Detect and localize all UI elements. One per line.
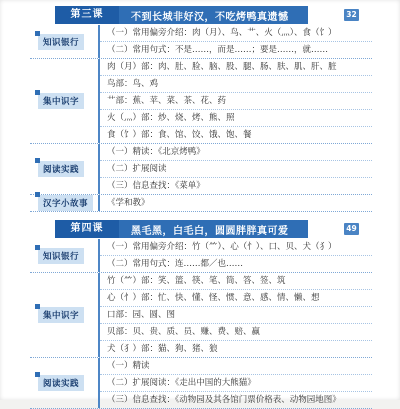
section-content-column: 肉（月）部：肉、肚、脸、脑、股、腿、肠、肤、肌、肝、脏鸟部：鸟、鸡艹部：蕉、苹、…	[98, 59, 372, 143]
lesson-header-bar: 第三课不到长城非好汉，不吃烤鸭真遗憾	[55, 6, 308, 24]
lesson-number-tab: 第三课	[55, 6, 119, 24]
section-row: 汉字小故事《学和教》	[30, 195, 372, 212]
lesson-header: 第三课不到长城非好汉，不吃烤鸭真遗憾32	[30, 6, 372, 24]
section-row: 阅读实践（一）精读：《北京烤鸭》（二）扩展阅读（三）信息查找：《菜单》	[30, 144, 372, 195]
section-content-column: （一）常用偏旁介绍：肉（月）、鸟、艹、火（灬）、食（饣）（二）常用句式：不是………	[98, 25, 372, 58]
lesson-header-bar: 第四课黑毛黑，白毛白，圆圆胖胖真可爱	[55, 220, 308, 238]
section-content-column: （一）精读（二）扩展阅读：《走出中国的大熊猫》（三）信息查找：《动物园及其各馆门…	[98, 358, 372, 400]
section-label-column: 集中识字	[30, 93, 98, 109]
section-label: 集中识字	[38, 307, 84, 323]
section-row: 集中识字竹（⺮）部：笑、篮、筷、笔、筒、答、签、筑心（忄）部：忙、快、懂、怪、惯…	[30, 273, 372, 358]
content-line: （一）常用偏旁介绍：竹（⺮）、心（忄）、口、贝、犬（犭）	[100, 239, 372, 255]
lesson-title: 黑毛黑，白毛白，圆圆胖胖真可爱	[119, 222, 308, 237]
content-line: （三）信息查找：《菜单》	[100, 177, 372, 194]
book-page: 第三课不到长城非好汉，不吃烤鸭真遗憾32知识银行（一）常用偏旁介绍：肉（月）、鸟…	[0, 0, 400, 400]
content-line: 贝部：贝、贵、质、员、赚、费、赔、赢	[100, 323, 372, 340]
content-line: 火（灬）部：炒、烧、烤、熊、照	[100, 109, 372, 126]
section-label-column: 阅读实践	[30, 161, 98, 177]
content-line: （一）常用偏旁介绍：肉（月）、鸟、艹、火（灬）、食（饣）	[100, 25, 372, 41]
content-line: 肉（月）部：肉、肚、脸、脑、股、腿、肠、肤、肌、肝、脏	[100, 59, 372, 75]
page-number-badge: 32	[344, 9, 359, 21]
section-label-column: 集中识字	[30, 307, 98, 323]
content-line: （二）常用句式：连……都／也……	[100, 255, 372, 272]
content-line: 鸟部：鸟、鸡	[100, 75, 372, 92]
content-line: 口部：园、圆、图	[100, 306, 372, 323]
section-label: 集中识字	[38, 93, 84, 109]
section-label: 阅读实践	[38, 161, 84, 177]
section-row: 知识银行（一）常用偏旁介绍：竹（⺮）、心（忄）、口、贝、犬（犭）（二）常用句式：…	[30, 239, 372, 273]
section-label-column: 阅读实践	[30, 375, 98, 391]
section-label-column: 汉字小故事	[30, 195, 98, 211]
lesson-block: 第三课不到长城非好汉，不吃烤鸭真遗憾32知识银行（一）常用偏旁介绍：肉（月）、鸟…	[30, 6, 372, 212]
lesson-header: 第四课黑毛黑，白毛白，圆圆胖胖真可爱49	[30, 220, 372, 238]
section-label: 知识银行	[38, 248, 84, 264]
section-label-column: 知识银行	[30, 34, 98, 50]
lesson-title: 不到长城非好汉，不吃烤鸭真遗憾	[119, 8, 308, 23]
content-line: （一）精读：《北京烤鸭》	[100, 144, 372, 160]
section-content-column: 《学和教》	[98, 195, 372, 211]
section-content-column: （一）精读：《北京烤鸭》（二）扩展阅读（三）信息查找：《菜单》	[98, 144, 372, 194]
lesson-number-tab: 第四课	[55, 220, 119, 238]
section-row: 知识银行（一）常用偏旁介绍：肉（月）、鸟、艹、火（灬）、食（饣）（二）常用句式：…	[30, 25, 372, 59]
content-line: 竹（⺮）部：笑、篮、筷、笔、筒、答、签、筑	[100, 273, 372, 289]
content-line: 食（饣）部：食、馆、饺、饿、饱、餐	[100, 126, 372, 143]
lesson-block: 第四课黑毛黑，白毛白，圆圆胖胖真可爱49知识银行（一）常用偏旁介绍：竹（⺮）、心…	[30, 220, 372, 400]
section-label: 知识银行	[38, 34, 84, 50]
content-line: 《学和教》	[100, 195, 372, 211]
section-content-column: （一）常用偏旁介绍：竹（⺮）、心（忄）、口、贝、犬（犭）（二）常用句式：连……都…	[98, 239, 372, 272]
content-line: （二）扩展阅读：《走出中国的大熊猫》	[100, 374, 372, 391]
content-line: （二）常用句式：不是……，而是……；要是……，就……	[100, 41, 372, 58]
section-label: 汉字小故事	[38, 195, 93, 211]
section-label: 阅读实践	[38, 375, 84, 391]
section-label-column: 知识银行	[30, 248, 98, 264]
page-number-badge: 49	[344, 223, 359, 235]
section-row: 集中识字肉（月）部：肉、肚、脸、脑、股、腿、肠、肤、肌、肝、脏鸟部：鸟、鸡艹部：…	[30, 59, 372, 144]
content-line: （一）精读	[100, 358, 372, 374]
content-line: 心（忄）部：忙、快、懂、怪、惯、意、感、情、懒、想	[100, 289, 372, 306]
content-line: 艹部：蕉、苹、菜、茶、花、药	[100, 92, 372, 109]
contents-table: 第三课不到长城非好汉，不吃烤鸭真遗憾32知识银行（一）常用偏旁介绍：肉（月）、鸟…	[30, 6, 372, 400]
content-line: （二）扩展阅读	[100, 160, 372, 177]
content-line: （三）信息查找：《动物园及其各馆门票价格表、动物园地图》	[100, 391, 372, 400]
section-row: 阅读实践（一）精读（二）扩展阅读：《走出中国的大熊猫》（三）信息查找：《动物园及…	[30, 358, 372, 400]
section-content-column: 竹（⺮）部：笑、篮、筷、笔、筒、答、签、筑心（忄）部：忙、快、懂、怪、惯、意、感…	[98, 273, 372, 357]
content-line: 犬（犭）部：猫、狗、猪、狼	[100, 340, 372, 357]
